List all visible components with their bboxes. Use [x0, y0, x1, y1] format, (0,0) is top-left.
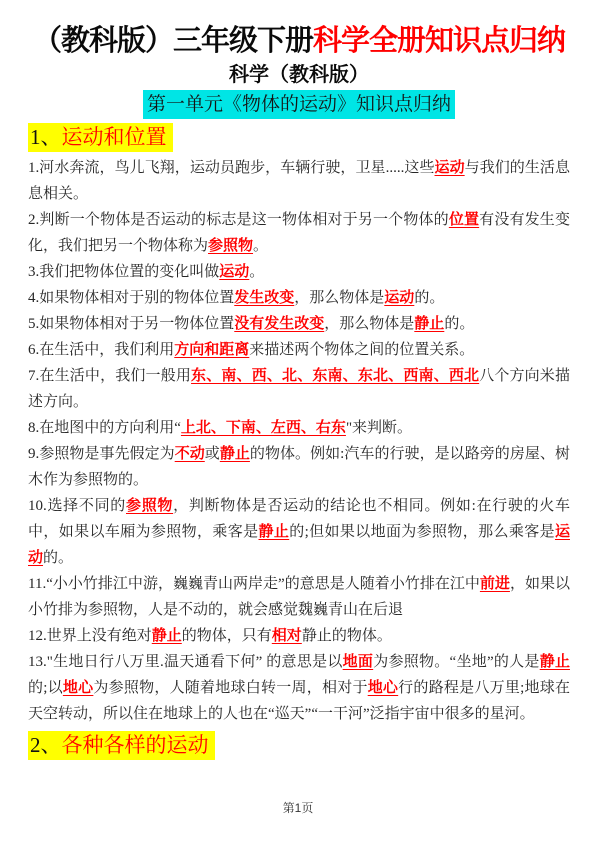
document-page: （教科版）三年级下册科学全册知识点归纳 科学（教科版） 第一单元《物体的运动》知… — [0, 0, 596, 842]
document-subtitle: 科学（教科版） — [28, 62, 570, 88]
text-run: 1.河水奔流，鸟儿飞翔，运动员跑步，车辆行驶，卫星.....这些 — [28, 160, 435, 176]
section-1-title: 运动和位置 — [62, 125, 167, 149]
key-term: 运动 — [219, 264, 249, 280]
knowledge-item: 7.在生活中，我们一般用东、南、西、北、东南、东北、西南、西北八个方向米描述方向… — [28, 363, 570, 415]
text-run: 为参照物，人随着地球白转一周，相对于 — [93, 680, 367, 696]
text-run: 静止的物体。 — [302, 628, 392, 644]
text-run: 2.判断一个物体是否运动的标志是这一物体相对于另一个物体的 — [28, 212, 449, 228]
key-term: 静止 — [258, 524, 289, 540]
key-term: 不动 — [175, 446, 205, 462]
text-run: 或 — [205, 446, 220, 462]
text-run: 9.参照物是事先假定为 — [28, 446, 175, 462]
text-run: 11.“小小竹排江中游，巍巍青山两岸走”的意思是人随着小竹排在江中 — [28, 576, 480, 592]
section-2-title: 各种各样的运动 — [62, 733, 209, 757]
text-run: "来判断。 — [346, 420, 412, 436]
knowledge-item: 2.判断一个物体是否运动的标志是这一物体相对于另一个物体的位置有没有发生变化，我… — [28, 207, 570, 259]
key-term: 方向和距离 — [174, 342, 249, 358]
text-run: 10.选择不同的 — [28, 498, 126, 514]
section-2-number: 2、 — [30, 733, 62, 757]
text-run: 的物体，只有 — [182, 628, 272, 644]
knowledge-item: 9.参照物是事先假定为不动或静止的物体。例如:汽车的行驶，是以路旁的房屋、树木作… — [28, 441, 570, 493]
key-term: 上北、下南、左西、右东 — [181, 420, 346, 436]
key-term: 位置 — [449, 212, 479, 228]
key-term: 发生改变 — [234, 290, 294, 306]
knowledge-item: 4.如果物体相对于别的物体位置发生改变，那么物体是运动的。 — [28, 285, 570, 311]
text-run: ，那么物体是 — [324, 316, 414, 332]
text-run: 8.在地图中的方向利用“ — [28, 420, 181, 436]
knowledge-item: 1.河水奔流，鸟儿飞翔，运动员跑步，车辆行驶，卫星.....这些运动与我们的生活… — [28, 155, 570, 207]
document-title: （教科版）三年级下册科学全册知识点归纳 — [28, 24, 570, 58]
key-term: 静止 — [414, 316, 444, 332]
text-run: 来描述两个物体之间的位置关系。 — [249, 342, 474, 358]
key-term: 静止 — [152, 628, 182, 644]
key-term: 参照物 — [126, 498, 173, 514]
unit-title-line: 第一单元《物体的运动》知识点归纳 — [28, 90, 570, 119]
knowledge-item: 3.我们把物体位置的变化叫做运动。 — [28, 259, 570, 285]
text-run: 的;但如果以地面为参照物，那么乘客是 — [289, 524, 555, 540]
text-run: 5.如果物体相对于另一物体位置 — [28, 316, 234, 332]
unit-title: 第一单元《物体的运动》知识点归纳 — [143, 90, 455, 119]
key-term: 参照物 — [208, 238, 253, 254]
document-title-black-part: （教科版）三年级下册 — [33, 25, 313, 57]
page-number: 第1页 — [0, 799, 596, 816]
knowledge-item: 12.世界上没有绝对静止的物体，只有相对静止的物体。 — [28, 623, 570, 649]
text-run: ，那么物体是 — [294, 290, 384, 306]
knowledge-item: 8.在地图中的方向利用“上北、下南、左西、右东"来判断。 — [28, 415, 570, 441]
key-term: 地面 — [343, 654, 374, 670]
document-title-red-part: 科学全册知识点归纳 — [313, 25, 565, 57]
text-run: 12.世界上没有绝对 — [28, 628, 152, 644]
text-run: 的;以 — [28, 680, 63, 696]
section-heading-2: 2、各种各样的运动 — [28, 731, 570, 760]
text-run: 的。 — [414, 290, 444, 306]
text-run: 7.在生活中，我们一般用 — [28, 368, 191, 384]
key-term: 运动 — [384, 290, 414, 306]
knowledge-item: 13."生地日行八万里.温天通看下何” 的意思是以地面为参照物。“坐地”的人是静… — [28, 649, 570, 727]
key-term: 没有发生改变 — [234, 316, 324, 332]
text-run: 。 — [249, 264, 264, 280]
knowledge-item: 10.选择不同的参照物，判断物体是否运动的结论也不相同。例如:在行驶的火车中，如… — [28, 493, 570, 571]
text-run: 的。 — [444, 316, 474, 332]
section-heading-1-highlight: 1、运动和位置 — [28, 123, 173, 152]
knowledge-item: 6.在生活中，我们利用方向和距离来描述两个物体之间的位置关系。 — [28, 337, 570, 363]
key-term: 运动 — [435, 160, 465, 176]
key-term: 地心 — [63, 680, 93, 696]
knowledge-item: 11.“小小竹排江中游，巍巍青山两岸走”的意思是人随着小竹排在江中前进，如果以小… — [28, 571, 570, 623]
key-term: 静止 — [220, 446, 250, 462]
text-run: 13."生地日行八万里.温天通看下何” 的意思是以 — [28, 654, 343, 670]
section-1-number: 1、 — [30, 125, 62, 149]
text-run: 3.我们把物体位置的变化叫做 — [28, 264, 219, 280]
text-run: 。 — [253, 238, 268, 254]
key-term: 地心 — [368, 680, 398, 696]
knowledge-list-section-1: 1.河水奔流，鸟儿飞翔，运动员跑步，车辆行驶，卫星.....这些运动与我们的生活… — [28, 155, 570, 727]
text-run: 的。 — [43, 550, 73, 566]
key-term: 静止 — [540, 654, 570, 670]
knowledge-item: 5.如果物体相对于另一物体位置没有发生改变，那么物体是静止的。 — [28, 311, 570, 337]
key-term: 东、南、西、北、东南、东北、西南、西北 — [191, 368, 479, 384]
section-heading-1: 1、运动和位置 — [28, 123, 570, 152]
text-run: 6.在生活中，我们利用 — [28, 342, 174, 358]
key-term: 前进 — [480, 576, 510, 592]
text-run: 4.如果物体相对于别的物体位置 — [28, 290, 234, 306]
text-run: 为参照物。“坐地”的人是 — [373, 654, 540, 670]
section-heading-2-highlight: 2、各种各样的运动 — [28, 731, 215, 760]
key-term: 相对 — [272, 628, 302, 644]
